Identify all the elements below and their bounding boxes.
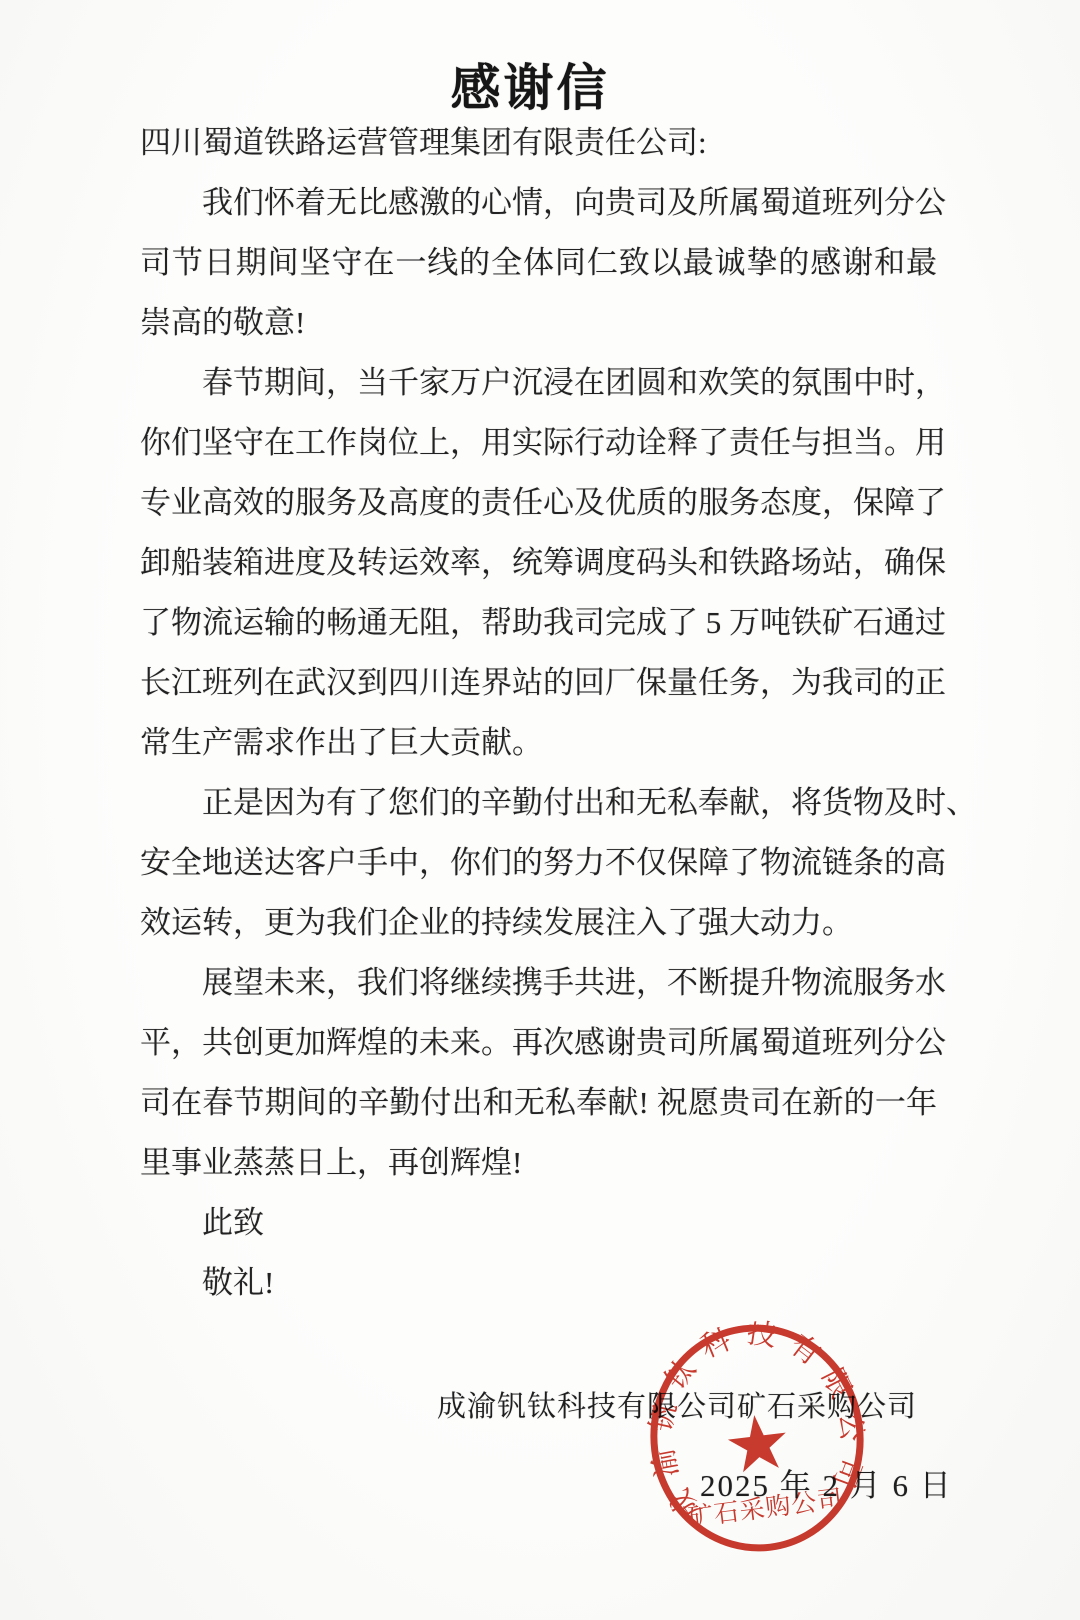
seal-graphic: 成渝钒钛科技有限公司 ★ 矿石采购公司: [634, 1309, 881, 1560]
closing-salute: 敬礼!: [140, 1253, 937, 1313]
body-line: 里事业蒸蒸日上，再创辉煌!: [140, 1133, 937, 1193]
body-line: 司节日期间坚守在一线的全体同仁致以最诚挚的感谢和最: [140, 233, 937, 293]
letter-body: 四川蜀道铁路运营管理集团有限责任公司: 我们怀着无比感激的心情，向贵司及所属蜀道…: [140, 113, 937, 1313]
body-line: 我们怀着无比感激的心情，向贵司及所属蜀道班列分公: [140, 173, 937, 233]
closing-respect-prefix: 此致: [140, 1193, 937, 1253]
seal-star-icon: ★: [718, 1395, 796, 1492]
body-line: 效运转，更为我们企业的持续发展注入了强大动力。: [140, 893, 937, 953]
letter-title: 感谢信: [0, 48, 1070, 108]
body-line: 专业高效的服务及高度的责任心及优质的服务态度，保障了: [140, 473, 937, 533]
body-line: 展望未来，我们将继续携手共进，不断提升物流服务水: [140, 953, 937, 1013]
scanned-letter-page: 感谢信 四川蜀道铁路运营管理集团有限责任公司: 我们怀着无比感激的心情，向贵司及…: [0, 0, 1080, 1620]
body-lines: 我们怀着无比感激的心情，向贵司及所属蜀道班列分公司节日期间坚守在一线的全体同仁致…: [140, 173, 937, 1193]
body-line: 崇高的敬意!: [140, 293, 937, 353]
company-seal: 成渝钒钛科技有限公司 ★ 矿石采购公司: [634, 1309, 881, 1566]
body-line: 你们坚守在工作岗位上，用实际行动诠释了责任与担当。用: [140, 413, 937, 473]
body-line: 长江班列在武汉到四川连界站的回厂保量任务，为我司的正: [140, 653, 937, 713]
body-line: 安全地送达客户手中，你们的努力不仅保障了物流链条的高: [140, 833, 937, 893]
body-line: 卸船装箱进度及转运效率，统筹调度码头和铁路场站，确保: [140, 533, 937, 593]
body-line: 了物流运输的畅通无阻，帮助我司完成了 5 万吨铁矿石通过: [140, 593, 937, 653]
salutation: 四川蜀道铁路运营管理集团有限责任公司:: [140, 113, 937, 173]
body-line: 司在春节期间的辛勤付出和无私奉献! 祝愿贵司在新的一年: [140, 1073, 937, 1133]
body-line: 春节期间，当千家万户沉浸在团圆和欢笑的氛围中时，: [140, 353, 937, 413]
body-line: 正是因为有了您们的辛勤付出和无私奉献，将货物及时、: [140, 773, 937, 833]
body-line: 常生产需求作出了巨大贡献。: [140, 713, 937, 773]
body-line: 平，共创更加辉煌的未来。再次感谢贵司所属蜀道班列分公: [140, 1013, 937, 1073]
